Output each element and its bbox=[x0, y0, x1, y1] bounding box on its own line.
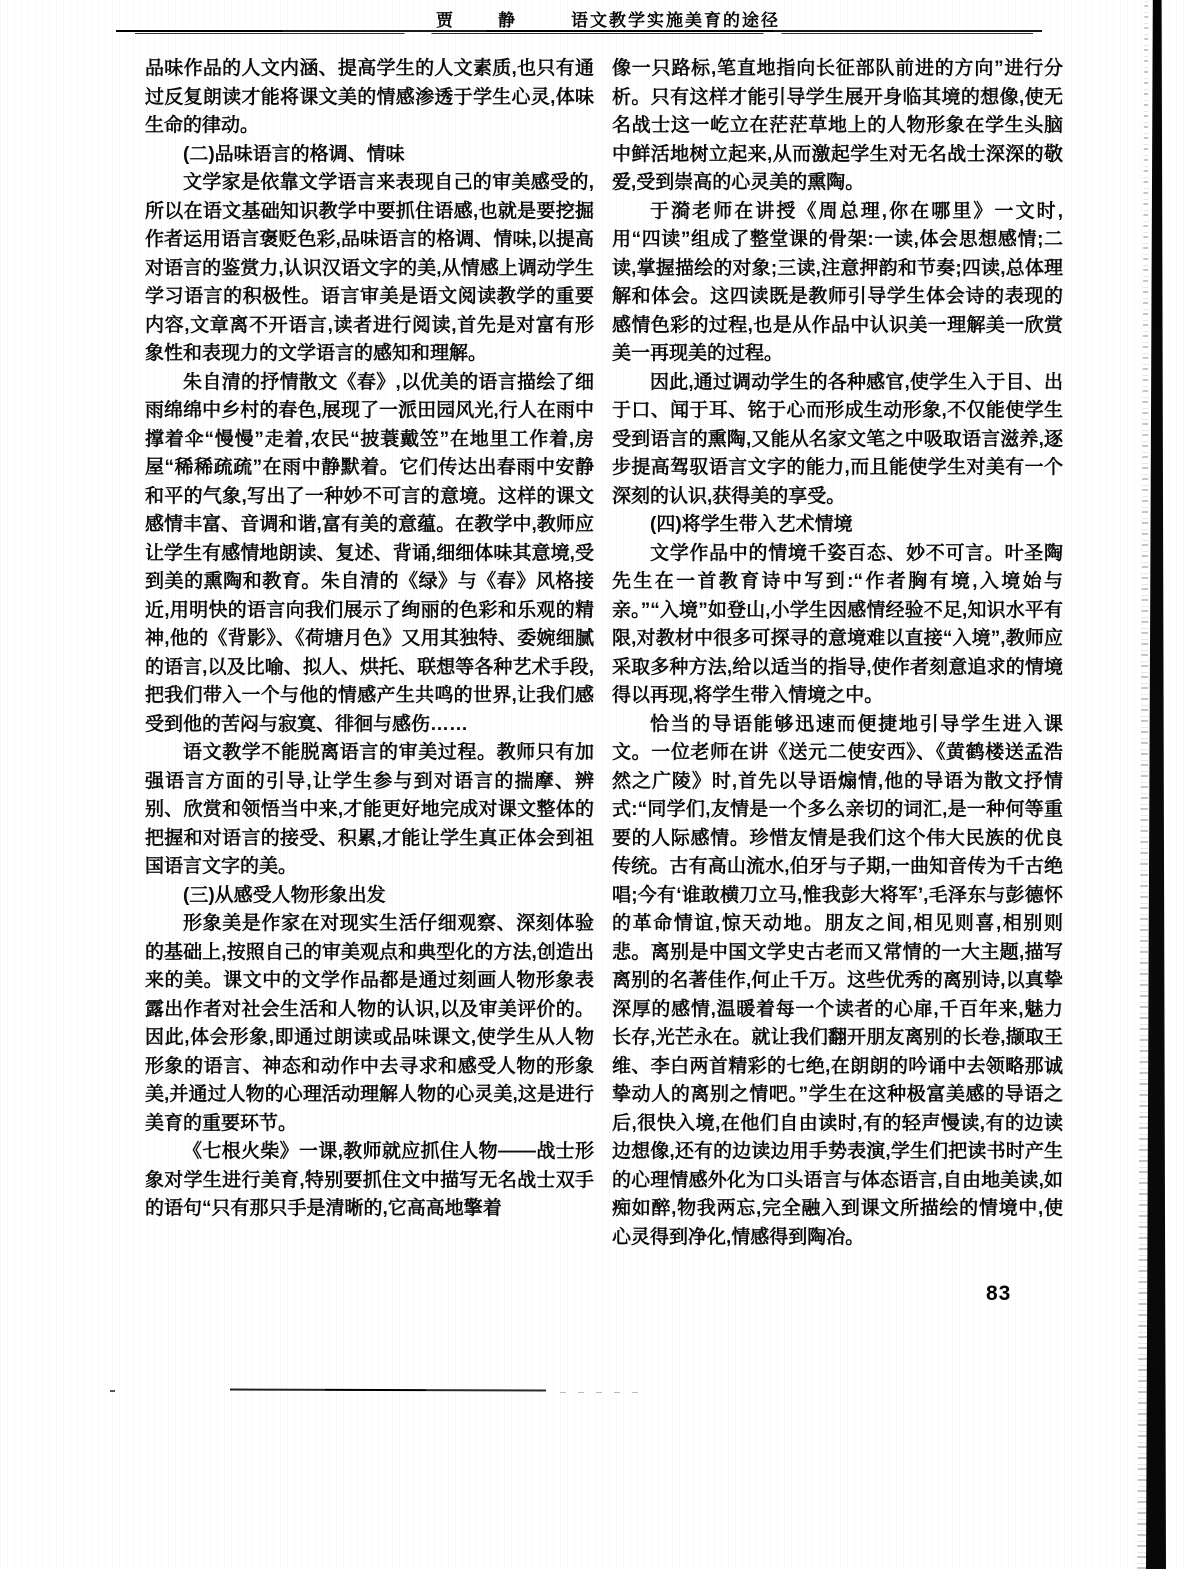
scan-artifact-dash bbox=[560, 1392, 650, 1393]
section-heading: (四)将学生带入艺术情境 bbox=[612, 511, 1063, 540]
section-heading: (三)从感受人物形象出发 bbox=[145, 882, 594, 911]
article-title: 语文教学实施美育的途径 bbox=[571, 6, 780, 31]
header-rule bbox=[116, 30, 1042, 35]
paragraph: 形象美是作家在对现实生活仔细观察、深刻体验的基础上,按照自己的审美观点和典型化的… bbox=[145, 910, 594, 1138]
scan-artifact-dot bbox=[110, 1390, 115, 1392]
text-column-right: 像一只路标,笔直地指向长征部队前进的方向”进行分析。只有这样才能引导学生展开身临… bbox=[612, 55, 1063, 1252]
scan-binding-speckle bbox=[1136, 0, 1148, 1569]
scan-artifact-line bbox=[230, 1389, 546, 1392]
paragraph: 朱自清的抒情散文《春》,以优美的语言描绘了细雨绵绵中乡村的春色,展现了一派田园风… bbox=[145, 369, 594, 740]
paragraph: 因此,通过调动学生的各种感官,使学生入于目、出于口、闻于耳、铭于心而形成生动形象… bbox=[612, 369, 1063, 512]
page-number: 83 bbox=[986, 1282, 1011, 1306]
text-column-left: 品味作品的人文内涵、提高学生的人文素质,也只有通过反复朗读才能将课文美的情感渗透… bbox=[145, 55, 594, 1224]
author-name: 贾 静 bbox=[436, 6, 529, 31]
paragraph: 《七根火柴》一课,教师就应抓住人物——战士形象对学生进行美育,特别要抓住文中描写… bbox=[145, 1138, 594, 1224]
section-heading: (二)品味语言的格调、情味 bbox=[145, 141, 594, 170]
paragraph: 于漪老师在讲授《周总理,你在哪里》一文时,用“四读”组成了整堂课的骨架:一读,体… bbox=[612, 198, 1063, 369]
running-head: 贾 静 语文教学实施美育的途径 bbox=[436, 6, 780, 30]
scan-binding-shadow bbox=[1146, 0, 1166, 1569]
paragraph: 文学作品中的情境千姿百态、妙不可言。叶圣陶先生在一首教育诗中写到:“作者胸有境,… bbox=[612, 540, 1063, 711]
paragraph: 品味作品的人文内涵、提高学生的人文素质,也只有通过反复朗读才能将课文美的情感渗透… bbox=[145, 55, 594, 141]
paragraph: 语文教学不能脱离语言的审美过程。教师只有加强语言方面的引导,让学生参与到对语言的… bbox=[145, 739, 594, 882]
paragraph: 像一只路标,笔直地指向长征部队前进的方向”进行分析。只有这样才能引导学生展开身临… bbox=[612, 55, 1063, 198]
paragraph: 文学家是依靠文学语言来表现自己的审美感受的,所以在语文基础知识教学中要抓住语感,… bbox=[145, 169, 594, 369]
paragraph: 恰当的导语能够迅速而便捷地引导学生进入课文。一位老师在讲《送元二使安西》、《黄鹤… bbox=[612, 711, 1063, 1253]
